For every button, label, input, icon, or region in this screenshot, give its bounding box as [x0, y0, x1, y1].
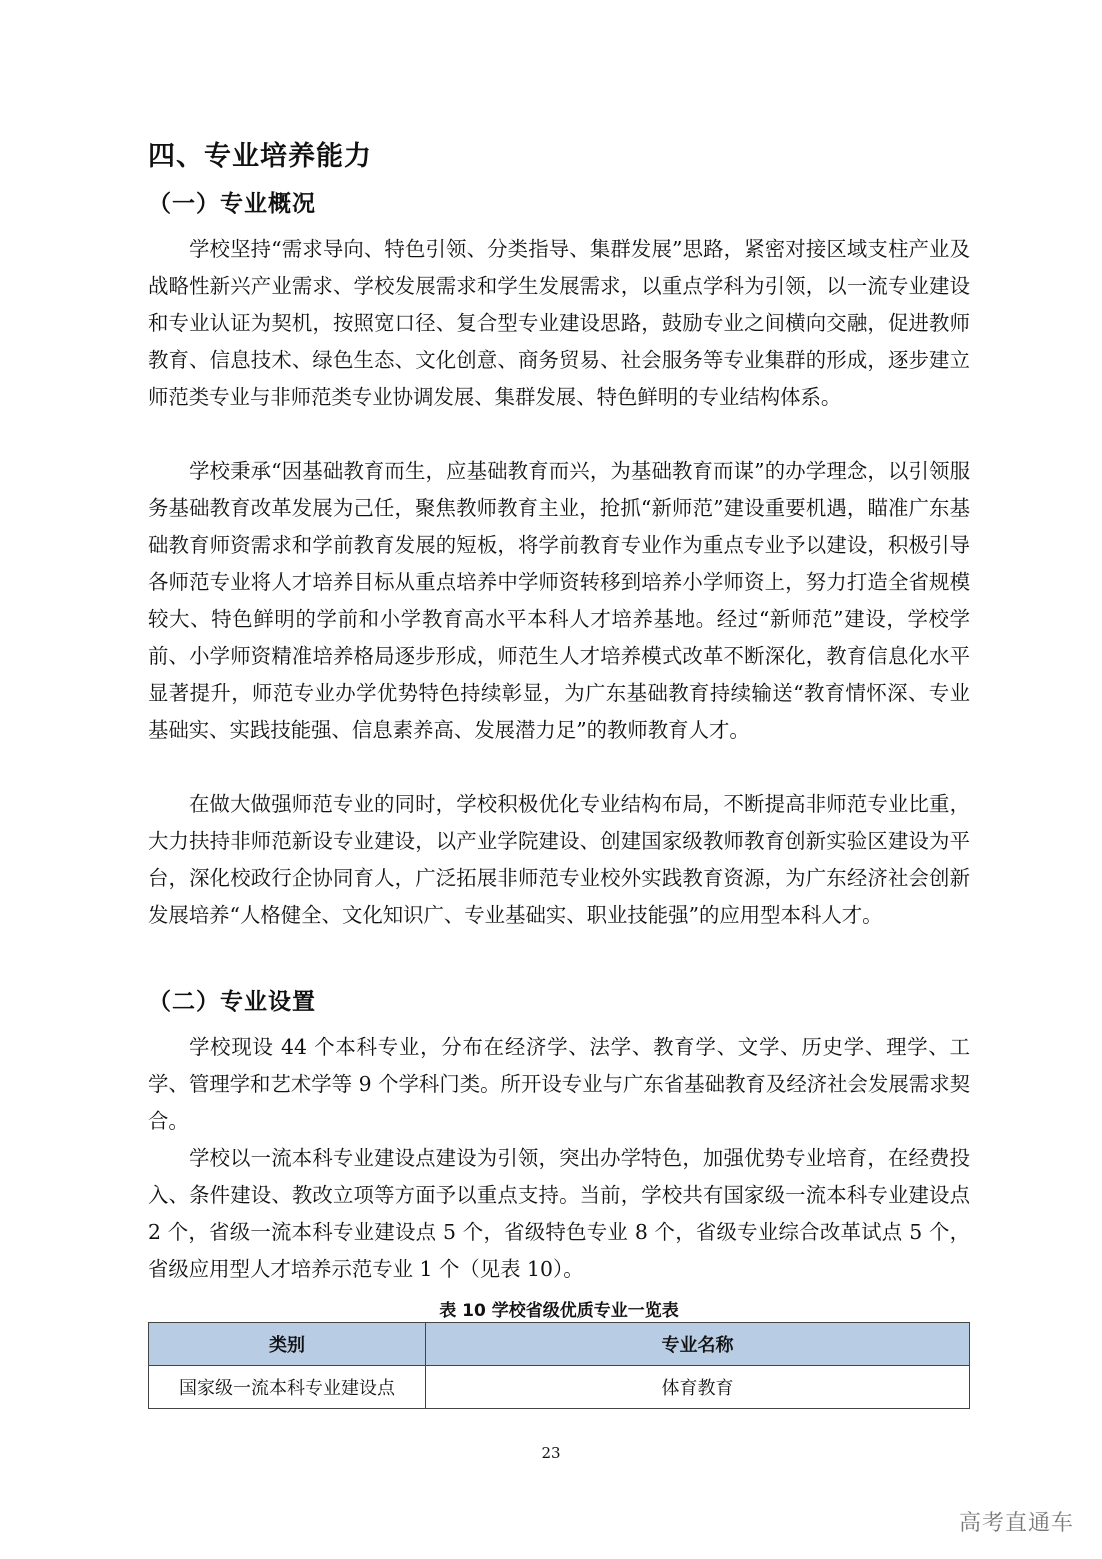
subsection-title-setting: （二）专业设置 — [148, 983, 316, 1016]
subsection-title-overview: （一）专业概况 — [148, 185, 316, 218]
paragraph: 在做大做强师范专业的同时，学校积极优化专业结构布局，不断提高非师范专业比重，大力… — [148, 786, 970, 934]
section-title: 四、专业培养能力 — [148, 134, 372, 173]
paragraph: 学校现设 44 个本科专业，分布在经济学、法学、教育学、文学、历史学、理学、工学… — [148, 1029, 970, 1140]
paragraph: 学校以一流本科专业建设点建设为引领，突出办学特色，加强优势专业培育，在经费投入、… — [148, 1140, 970, 1288]
table-cell-major-name: 体育教育 — [426, 1366, 970, 1409]
table-header-row: 类别 专业名称 — [149, 1323, 970, 1366]
paragraph: 学校坚持“需求导向、特色引领、分类指导、集群发展”思路，紧密对接区域支柱产业及战… — [148, 231, 970, 416]
paragraph: 学校秉承“因基础教育而生，应基础教育而兴，为基础教育而谋”的办学理念，以引领服务… — [148, 453, 970, 749]
table-row: 国家级一流本科专业建设点 体育教育 — [149, 1366, 970, 1409]
table-cell-category: 国家级一流本科专业建设点 — [149, 1366, 426, 1409]
table-caption: 表 10 学校省级优质专业一览表 — [148, 1296, 970, 1321]
column-header-category: 类别 — [149, 1323, 426, 1366]
watermark: 高考直通车 — [959, 1506, 1074, 1537]
quality-majors-table: 类别 专业名称 国家级一流本科专业建设点 体育教育 — [148, 1322, 970, 1409]
page-number: 23 — [0, 1444, 1102, 1462]
column-header-major-name: 专业名称 — [426, 1323, 970, 1366]
document-page: 四、专业培养能力 （一）专业概况 学校坚持“需求导向、特色引领、分类指导、集群发… — [0, 0, 1102, 1559]
